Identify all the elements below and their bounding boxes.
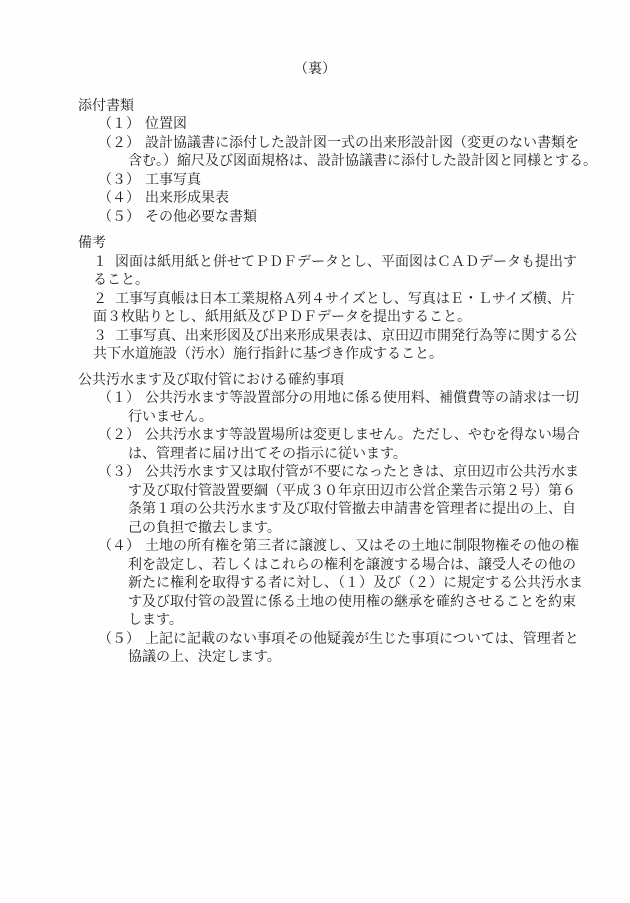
item-line: （１）位置図 xyxy=(0,116,630,135)
item-text-continuation: 面３枚貼りとし、紙用紙及びＰＤＦデータを提出すること。 xyxy=(0,309,630,328)
list-item: （４）土地の所有権を第三者に譲渡し、又はその土地に制限物権その他の権 利を設定し… xyxy=(0,538,630,631)
document-section: 公共汚水ます及び取付管における確約事項 （１）公共汚水ます等設置部分の用地に係る… xyxy=(0,372,630,668)
item-line: （４）土地の所有権を第三者に譲渡し、又はその土地に制限物権その他の権 xyxy=(0,538,630,557)
section-items: （１）公共汚水ます等設置部分の用地に係る使用料、補償費等の請求は一切 行いません… xyxy=(0,390,630,668)
item-text-continuation: 新たに権利を取得する者に対し、（１）及び（２）に規定する公共汚水ま xyxy=(0,575,630,594)
item-line: （４）出来形成果表 xyxy=(0,190,630,209)
document-section: 備考 １図面は紙用紙と併せてＰＤＦデータとし、平面図はＣＡＤデータも提出す るこ… xyxy=(0,235,630,365)
list-item: （２）設計協議書に添付した設計図一式の出来形設計図（変更のない書類を 含む。）縮… xyxy=(0,135,630,172)
item-line: （３）公共汚水ます又は取付管が不要になったときは、京田辺市公共汚水ま xyxy=(0,464,630,483)
list-item: ２工事写真帳は日本工業規格Ａ列４サイズとし、写真はＥ・Ｌサイズ横、片 面３枚貼り… xyxy=(0,291,630,328)
list-item: （３）工事写真 xyxy=(0,172,630,191)
item-line: （５）上記に記載のない事項その他疑義が生じた事項については、管理者と xyxy=(0,631,630,650)
item-marker: （５） xyxy=(98,209,145,228)
list-item: （１）位置図 xyxy=(0,116,630,135)
list-item: （１）公共汚水ます等設置部分の用地に係る使用料、補償費等の請求は一切 行いません… xyxy=(0,390,630,427)
item-text-continuation: ること。 xyxy=(0,272,630,291)
document-body: 添付書類 （１）位置図 （２）設計協議書に添付した設計図一式の出来形設計図（変更… xyxy=(0,98,630,668)
item-text: 公共汚水ます等設置場所は変更しません。ただし、やむを得ない場合 xyxy=(145,428,580,443)
list-item: （５）上記に記載のない事項その他疑義が生じた事項については、管理者と 協議の上、… xyxy=(0,631,630,668)
item-text-continuation: 協議の上、決定します。 xyxy=(0,649,630,668)
item-text-continuation: 条第１項の公共汚水ます及び取付管撤去申請書を管理者に提出の上、自 xyxy=(0,501,630,520)
item-line: １図面は紙用紙と併せてＰＤＦデータとし、平面図はＣＡＤデータも提出す xyxy=(0,254,630,273)
item-text-continuation: します。 xyxy=(0,612,630,631)
item-marker: （２） xyxy=(98,135,145,154)
section-items: １図面は紙用紙と併せてＰＤＦデータとし、平面図はＣＡＤデータも提出す ること。 … xyxy=(0,254,630,365)
item-text: 位置図 xyxy=(145,117,187,132)
item-marker: （４） xyxy=(98,538,145,557)
list-item: （４）出来形成果表 xyxy=(0,190,630,209)
section-items: （１）位置図 （２）設計協議書に添付した設計図一式の出来形設計図（変更のない書類… xyxy=(0,116,630,227)
item-text-continuation: 共下水道施設（汚水）施行指針に基づき作成すること。 xyxy=(0,346,630,365)
item-text-continuation: す及び取付管設置要綱（平成３０年京田辺市公営企業告示第２号）第６ xyxy=(0,483,630,502)
item-marker: （１） xyxy=(98,116,145,135)
page-side-label: （裏） xyxy=(0,61,630,80)
item-text: その他必要な書類 xyxy=(145,210,257,225)
item-marker: （２） xyxy=(98,427,145,446)
item-line: （５）その他必要な書類 xyxy=(0,209,630,228)
item-text-continuation: は、管理者に届け出てその指示に従います。 xyxy=(0,446,630,465)
item-text: 工事写真 xyxy=(145,173,201,188)
item-text: 公共汚水ます等設置部分の用地に係る使用料、補償費等の請求は一切 xyxy=(145,391,579,406)
item-text: 工事写真、出来形図及び出来形成果表は、京田辺市開発行為等に関する公 xyxy=(115,329,577,344)
item-line: （１）公共汚水ます等設置部分の用地に係る使用料、補償費等の請求は一切 xyxy=(0,390,630,409)
item-line: （２）公共汚水ます等設置場所は変更しません。ただし、やむを得ない場合 xyxy=(0,427,630,446)
item-text: 上記に記載のない事項その他疑義が生じた事項については、管理者と xyxy=(145,632,579,647)
item-line: ３工事写真、出来形図及び出来形成果表は、京田辺市開発行為等に関する公 xyxy=(0,328,630,347)
item-text: 土地の所有権を第三者に譲渡し、又はその土地に制限物権その他の権 xyxy=(145,539,579,554)
item-text-continuation: 利を設定し、若しくはこれらの権利を譲渡する場合は、譲受人その他の xyxy=(0,557,630,576)
list-item: （３）公共汚水ます又は取付管が不要になったときは、京田辺市公共汚水ま す及び取付… xyxy=(0,464,630,538)
item-marker: （４） xyxy=(98,190,145,209)
item-marker: （３） xyxy=(98,172,145,191)
item-marker: （３） xyxy=(98,464,145,483)
item-text: 公共汚水ます又は取付管が不要になったときは、京田辺市公共汚水ま xyxy=(145,465,579,480)
section-title: 添付書類 xyxy=(0,98,630,117)
item-marker: ２ xyxy=(93,291,115,310)
item-text-continuation: 己の負担で撤去します。 xyxy=(0,520,630,539)
section-title: 公共汚水ます及び取付管における確約事項 xyxy=(0,372,630,391)
item-marker: （１） xyxy=(98,390,145,409)
document-page: （裏） 添付書類 （１）位置図 （２）設計協議書に添付した設計図一式の出来形設計… xyxy=(0,0,630,903)
list-item: （５）その他必要な書類 xyxy=(0,209,630,228)
item-text-continuation: す及び取付管の設置に係る土地の使用権の継承を確約させることを約束 xyxy=(0,594,630,613)
section-title: 備考 xyxy=(0,235,630,254)
list-item: １図面は紙用紙と併せてＰＤＦデータとし、平面図はＣＡＤデータも提出す ること。 xyxy=(0,254,630,291)
list-item: ３工事写真、出来形図及び出来形成果表は、京田辺市開発行為等に関する公 共下水道施… xyxy=(0,328,630,365)
item-text-continuation: 行いません。 xyxy=(0,409,630,428)
item-line: （２）設計協議書に添付した設計図一式の出来形設計図（変更のない書類を xyxy=(0,135,630,154)
item-text: 設計協議書に添付した設計図一式の出来形設計図（変更のない書類を xyxy=(145,136,579,151)
item-line: （３）工事写真 xyxy=(0,172,630,191)
item-text: 工事写真帳は日本工業規格Ａ列４サイズとし、写真はＥ・Ｌサイズ横、片 xyxy=(115,292,575,307)
list-item: （２）公共汚水ます等設置場所は変更しません。ただし、やむを得ない場合 は、管理者… xyxy=(0,427,630,464)
item-line: ２工事写真帳は日本工業規格Ａ列４サイズとし、写真はＥ・Ｌサイズ横、片 xyxy=(0,291,630,310)
item-marker: １ xyxy=(93,254,115,273)
item-text-continuation: 含む。）縮尺及び図面規格は、設計協議書に添付した設計図と同様とする。 xyxy=(0,153,630,172)
document-section: 添付書類 （１）位置図 （２）設計協議書に添付した設計図一式の出来形設計図（変更… xyxy=(0,98,630,228)
item-text: 出来形成果表 xyxy=(145,191,229,206)
item-marker: ３ xyxy=(93,328,115,347)
item-text: 図面は紙用紙と併せてＰＤＦデータとし、平面図はＣＡＤデータも提出す xyxy=(115,255,577,270)
item-marker: （５） xyxy=(98,631,145,650)
